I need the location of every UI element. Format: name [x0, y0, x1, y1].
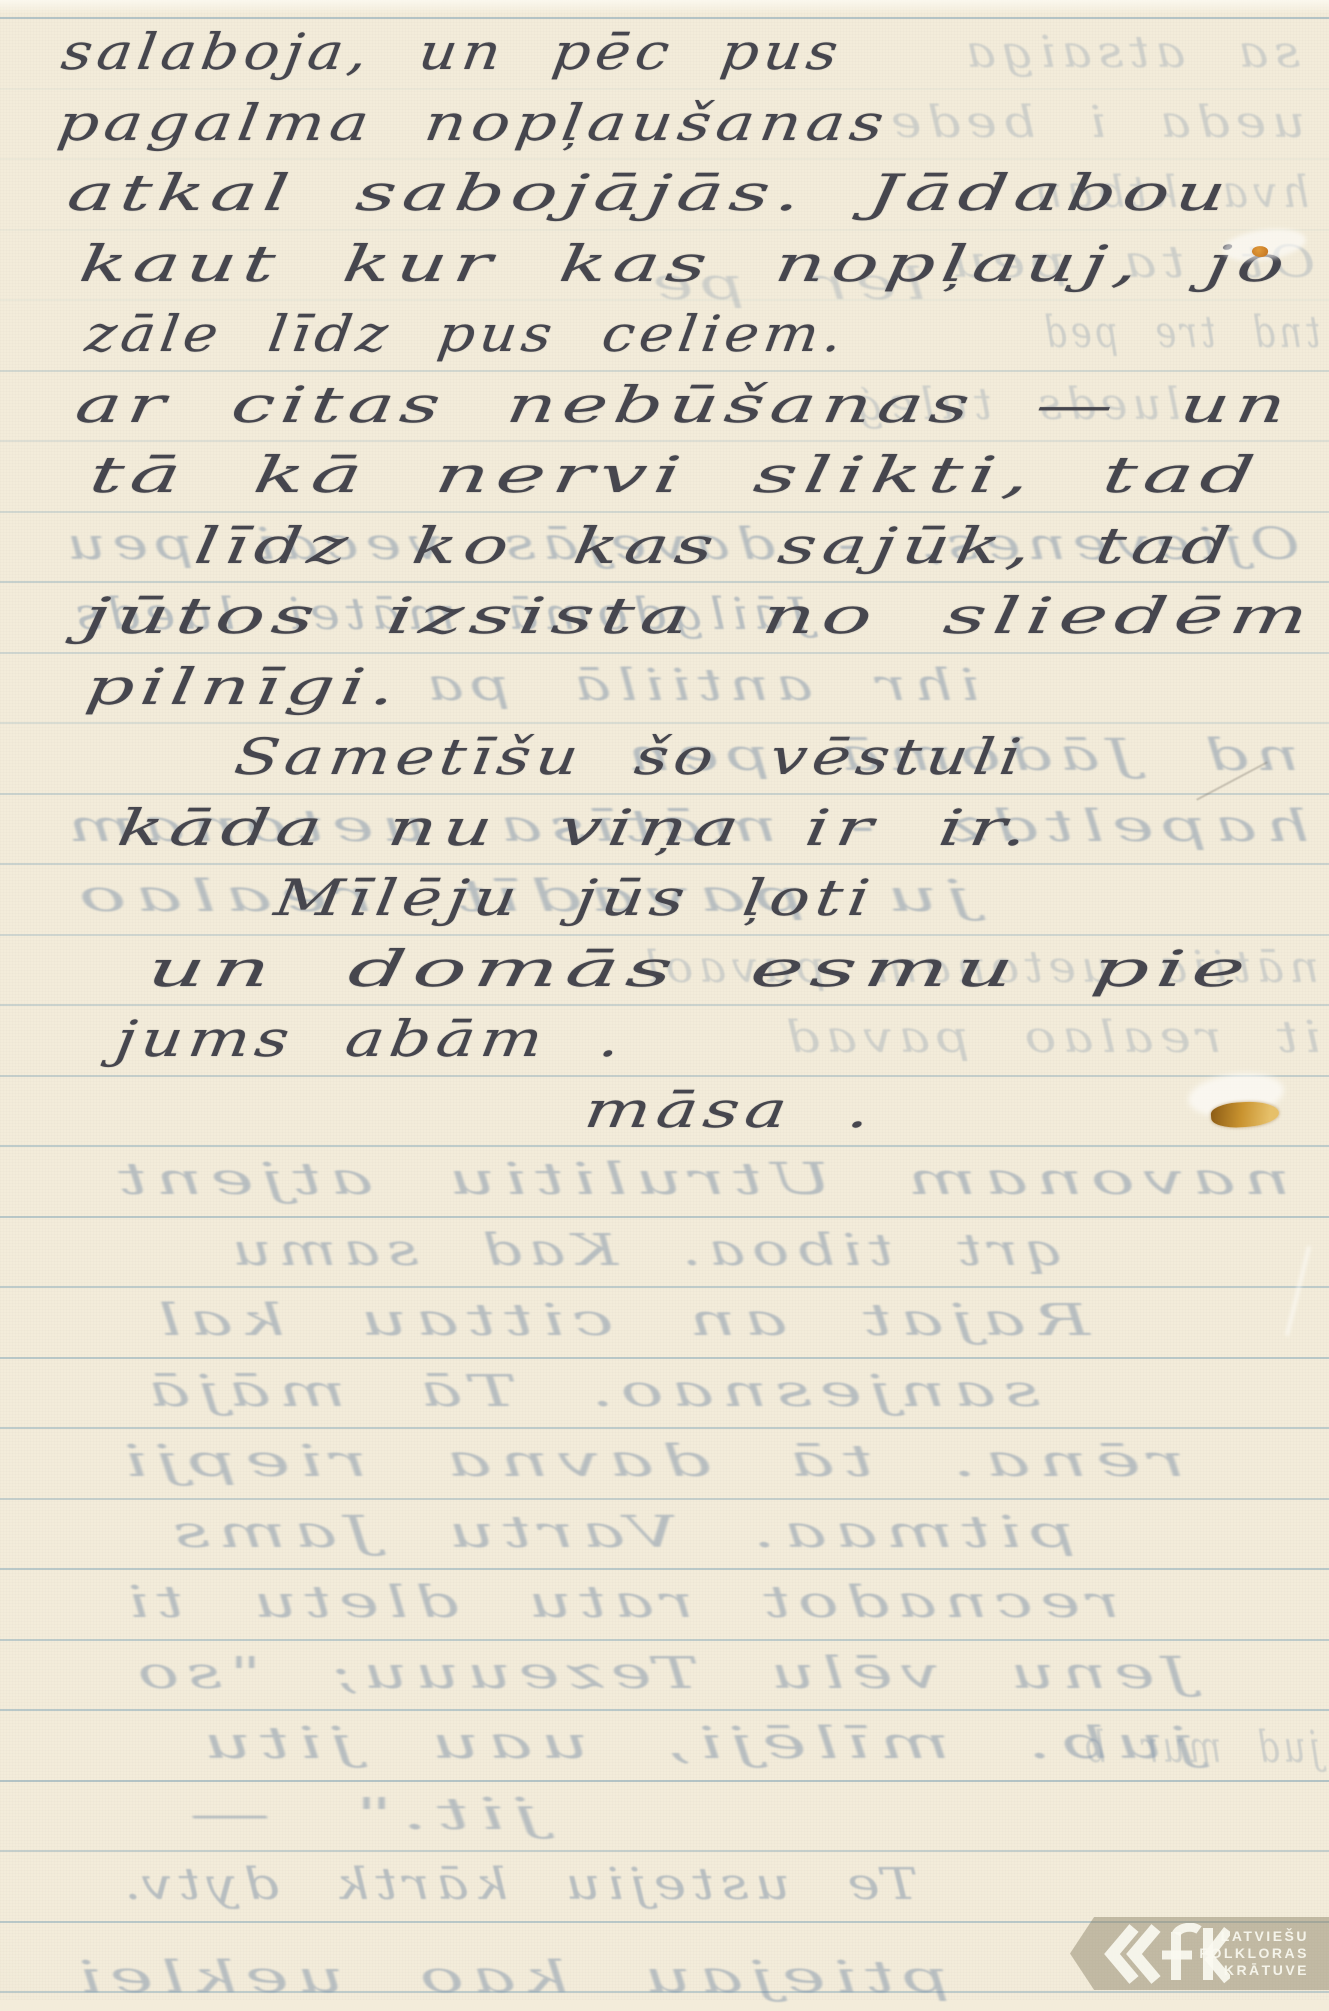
handwritten-line: salaboja, un pēc pus [57, 15, 848, 89]
watermark-line-1: LATVIEŠU [1199, 1928, 1309, 1945]
watermark-line-2: FOLKLORAS [1199, 1945, 1309, 1962]
handwritten-line: kāda nu viņa ir ir. [113, 791, 1039, 865]
handwritten-line: tā kā nervi slikti, tad [85, 438, 1266, 512]
bleedthrough-line: jud mur b [1080, 1715, 1320, 1781]
bleedthrough-text: qrt tiboa. Kad samu [225, 1218, 1064, 1284]
handwritten-line: ar citas nebūšanas — un [71, 368, 1297, 442]
bleedthrough-text: it realao pavad [780, 1005, 1321, 1071]
chevron-icon [1134, 1928, 1156, 1980]
scan-edge-band [0, 0, 1329, 14]
bleedthrough-text: sanjesnao. Tā mājā [140, 1359, 1040, 1425]
bleedthrough-line: Te ustejiu kārtk dytv. [118, 1852, 918, 1918]
handwritten-line: un domās esmu pie [143, 932, 1258, 1006]
bleedthrough-text: Rajat an cittau kal [150, 1288, 1090, 1354]
bleedthrough-line: Rajat an cittau kal [150, 1288, 1090, 1354]
bleedthrough-text: jub. mīlēji, uau jitu [195, 1711, 1196, 1777]
bleedthrough-line: navonam Utrulitiu atjent [110, 1147, 1290, 1213]
handwritten-line: Mīlēju jūs ļoti [270, 861, 880, 935]
bleedthrough-line: jit." — [180, 1782, 539, 1848]
handwritten-line: kaut kur kas nopļauj, jo [75, 227, 1296, 301]
bleedthrough-line: sa atsaiga [960, 20, 1300, 86]
bleedthrough-text: rēna. tā davna riepji [115, 1429, 1185, 1495]
bleedthrough-text: navonam Utrulitiu atjent [110, 1147, 1290, 1213]
handwritten-line: līdz ko kas sajūk, tad [190, 509, 1241, 583]
bleedthrough-text: Te ustejiu kārtk dytv. [118, 1852, 918, 1918]
bleedthrough-line: tnd tre ped [1040, 300, 1320, 366]
bleedthrough-text: recnadot ratu dletu ti [120, 1570, 1120, 1636]
bleedthrough-line: ptiejau kao ueklei [70, 1945, 949, 2000]
bleedthrough-text: jud mur b [1080, 1715, 1320, 1781]
watermark-org-name: LATVIEŠU FOLKLORAS KRĀTUVE [1199, 1928, 1309, 1979]
bleedthrough-text: Jenu vēlu Tezeuuu; "so [130, 1641, 1190, 1707]
bleedthrough-text: jit." — [180, 1782, 539, 1848]
handwritten-line: atkal sabojājās. Jādabou [63, 156, 1237, 230]
handwritten-line: māsa . [580, 1073, 881, 1147]
bleedthrough-line: it realao pavad [780, 1005, 1321, 1071]
bleedthrough-line: qrt tiboa. Kad samu [225, 1218, 1064, 1284]
paper-edge-crease [1285, 1246, 1311, 1336]
bleedthrough-line: ueda i bede [885, 90, 1305, 156]
handwritten-line: pagalma nopļaušanas [53, 86, 894, 160]
bleedthrough-line: jub. mīlēji, uau jitu [195, 1711, 1196, 1777]
bleedthrough-line: Jenu vēlu Tezeuuu; "so [130, 1641, 1190, 1707]
handwritten-line: jums abām . [111, 1002, 631, 1076]
letter-f-arm [1176, 1927, 1199, 1934]
bleedthrough-text: ihr antiilā pa [420, 653, 980, 719]
bleedthrough-text: pitmaa. Vartu Jams [165, 1500, 1075, 1566]
bleedthrough-line: rēna. tā davna riepji [115, 1429, 1185, 1495]
bleedthrough-text: ueda i bede [885, 90, 1305, 156]
bleedthrough-line: ihr antiilā pa [420, 653, 980, 719]
watermark-line-3: KRĀTUVE [1199, 1962, 1309, 1979]
archive-watermark: LATVIEŠU FOLKLORAS KRĀTUVE [1070, 1917, 1329, 1990]
bleedthrough-text: tnd tre ped [1040, 300, 1320, 366]
handwritten-line: zāle līdz pus celiem. [81, 297, 852, 371]
bleedthrough-line: pitmaa. Vartu Jams [165, 1500, 1075, 1566]
bleedthrough-text: ptiejau kao ueklei [70, 1945, 949, 2000]
bleedthrough-line: sanjesnao. Tā mājā [140, 1359, 1040, 1425]
handwritten-line: jūtos izsista no sliedēm [79, 579, 1320, 653]
letter-page: sa atsaigaueda i bedehva ktbanOt ta peul… [0, 0, 1329, 2000]
handwritten-line: pilnīgi. [81, 650, 406, 724]
bleedthrough-text: sa atsaiga [960, 20, 1300, 86]
handwritten-line: Sametīšu šo vēstuli [230, 720, 1031, 794]
bleedthrough-line: recnadot ratu dletu ti [120, 1570, 1120, 1636]
